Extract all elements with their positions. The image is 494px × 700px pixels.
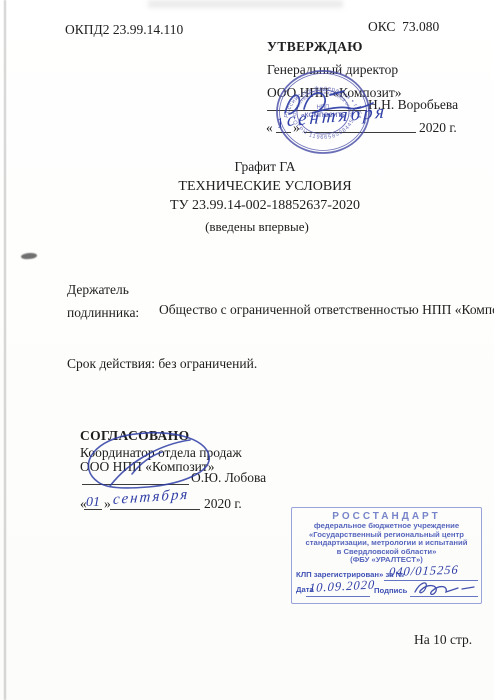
holder-label-line1: Держатель — [67, 282, 129, 298]
oks-code: ОКС 73.080 — [368, 19, 439, 35]
stamp-sign-label: Подпись — [374, 586, 407, 595]
okpd-code: ОКПД2 23.99.14.110 — [65, 22, 183, 38]
scan-streak — [148, 0, 343, 8]
stamp-date-underline — [306, 596, 370, 597]
document-number: ТУ 23.99.14-002-18852637-2020 — [35, 198, 494, 214]
coordinator-signature — [70, 424, 220, 496]
product-name: Графит ГА — [35, 159, 494, 175]
scan-smudge-mark — [21, 252, 37, 259]
agreement-month-line — [110, 509, 200, 510]
holder-value: Общество с ограниченной ответственностью… — [159, 302, 494, 318]
holder-label-line2: подлинника: — [67, 305, 139, 321]
scanned-document-page: ОКПД2 23.99.14.110 ОКС 73.080 УТВЕРЖДАЮ … — [0, 0, 494, 700]
document-note: (введены впервые) — [27, 219, 487, 235]
agreement-year: 2020 г. — [204, 496, 242, 512]
document-type: ТЕХНИЧЕСКИЕ УСЛОВИЯ — [35, 179, 494, 195]
page-count: На 10 стр. — [414, 632, 472, 648]
approval-heading: УТВЕРЖДАЮ — [267, 39, 363, 55]
validity-statement: Срок действия: без ограничений. — [67, 356, 257, 372]
stamp-signature — [412, 578, 478, 598]
approval-year: 2020 г. — [419, 120, 457, 136]
agreement-day-line — [84, 509, 102, 510]
page-edge-shadow — [4, 0, 6, 700]
